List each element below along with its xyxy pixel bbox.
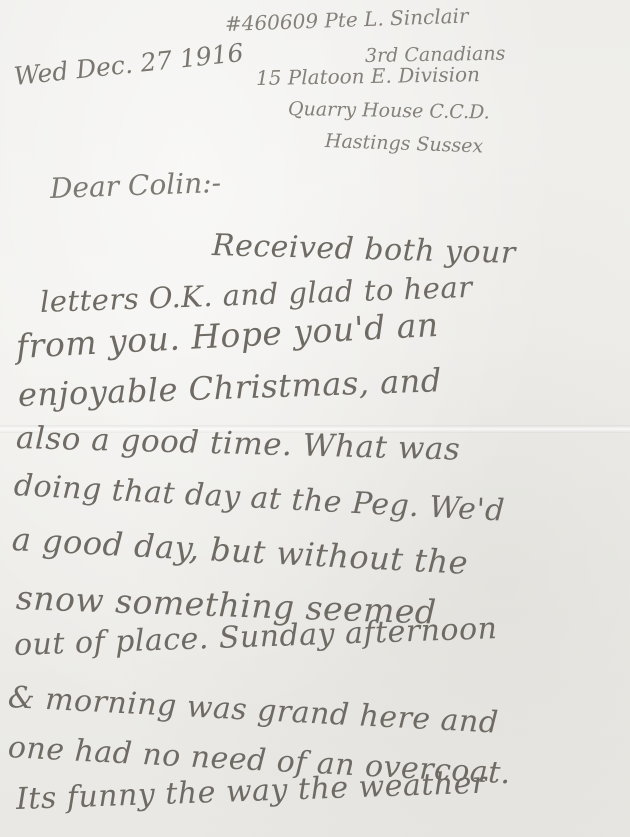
address-line-platoon: 15 Platoon E. Division	[256, 62, 480, 90]
letter-body-line: Received both your	[212, 228, 517, 271]
letter-body-line: doing that day at the Peg. We'd	[13, 468, 506, 529]
letter-body-line: Its funny the way the weather	[15, 766, 487, 817]
letter-greeting: Dear Colin:-	[49, 166, 221, 205]
letter-page: Wed Dec. 27 1916 #460609 Pte L. Sinclair…	[0, 0, 630, 837]
letter-body-line: a good day, but without the	[11, 520, 469, 582]
letter-body-line: & morning was grand here and	[7, 680, 499, 741]
address-line-town: Hastings Sussex	[325, 130, 484, 158]
address-line-service-number: #460609 Pte L. Sinclair	[225, 4, 469, 36]
letter-date: Wed Dec. 27 1916	[12, 38, 244, 91]
letter-body-line: enjoyable Christmas, and	[17, 361, 442, 414]
address-line-location: Quarry House C.C.D.	[288, 98, 490, 124]
